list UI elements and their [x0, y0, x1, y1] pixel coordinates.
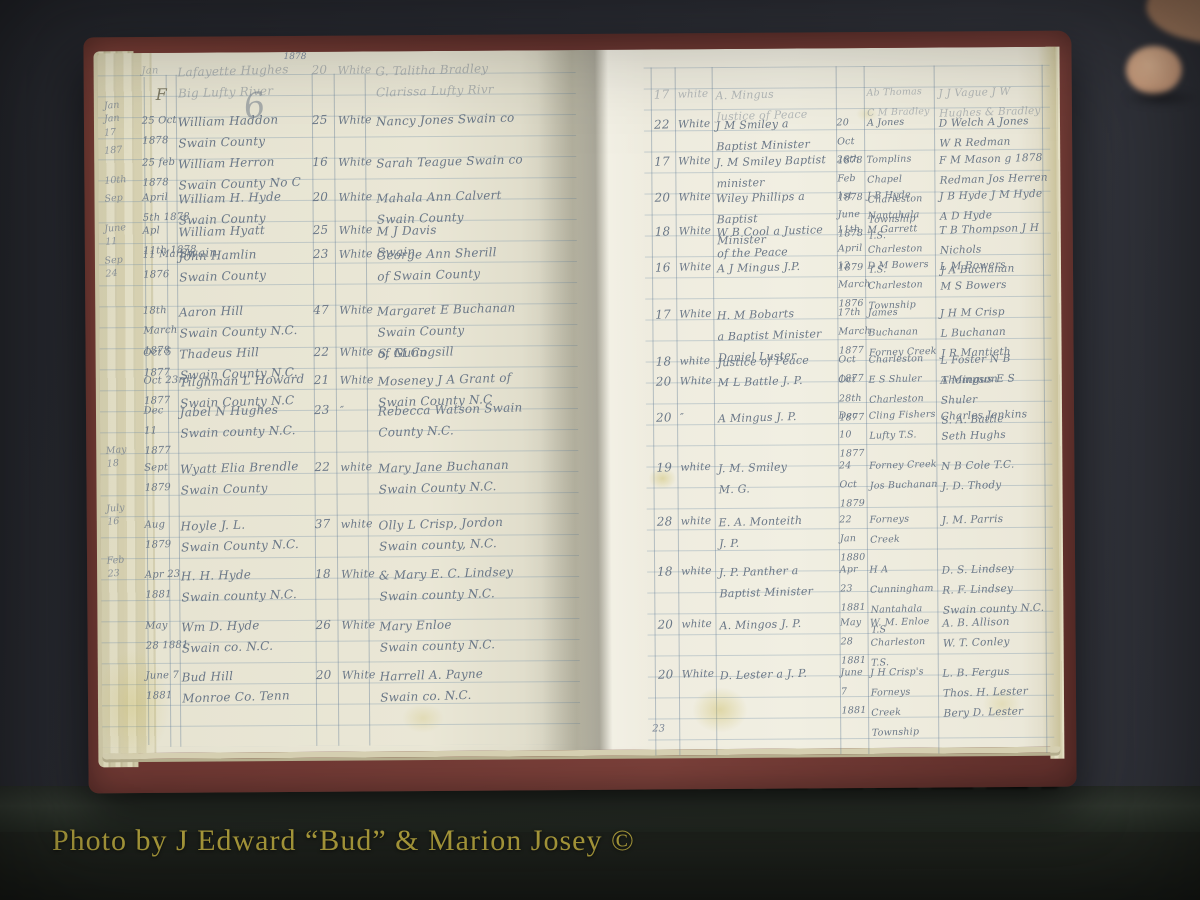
bride-name: Harrell A. Payne Swain co. N.C. — [379, 661, 576, 709]
groom-name: H. H. Hyde Swain county N.C. — [181, 562, 334, 608]
margin-date: June 11 — [104, 220, 148, 249]
groom-name: Jabel N Hughes Swain county N.C. — [179, 398, 332, 444]
race-entry: White — [339, 243, 374, 265]
margin-date: Sep 24 — [104, 252, 148, 281]
margin-date: Feb 23 — [106, 552, 150, 581]
groom-age: 18 — [315, 563, 340, 585]
groom-name: Bud Hill Monroe Co. Tenn — [181, 663, 334, 709]
witnesses: L M Bowers M S Bowers — [939, 253, 1052, 296]
groom-age: 20 — [316, 664, 341, 686]
officiant: A. Mingos J. P. — [719, 612, 838, 636]
groom-name: Wm D. Hyde Swain co. N.C. — [181, 613, 334, 659]
photo-credit-watermark: Photo by J Edward “Bud” & Marion Josey © — [52, 824, 635, 858]
page-stain — [692, 687, 748, 733]
margin-date: July 16 — [106, 500, 150, 529]
race-entry: white — [680, 511, 717, 533]
groom-age: 26 — [315, 614, 340, 636]
race-entry: White — [678, 114, 715, 136]
groom-age: 22 — [314, 456, 339, 478]
photo-of-marriage-register: F 6 1878 23 Jan Jan 17 187 10th Sep June… — [0, 0, 1200, 900]
race-entry: White — [339, 369, 374, 391]
race-entry: White — [338, 151, 373, 173]
officiant: A J Mingus J.P. — [717, 255, 836, 279]
license-date: 24 Oct 1879 — [839, 456, 871, 514]
bride-age: 19 — [656, 457, 679, 479]
groom-name: Aaron Hill Swain County N.C. — [179, 298, 332, 344]
bride-name: G. Talitha Bradley Clarissa Lufty Rivr — [375, 56, 572, 104]
race-entry: White — [682, 664, 719, 686]
bondsman-place: J H Crisp's Forneys Creek Township — [870, 662, 940, 744]
race-entry: white — [681, 614, 718, 636]
groom-age: 25 — [312, 109, 337, 131]
license-date: Apr 23 1881 — [839, 560, 871, 618]
bondsman-place: Forneys Creek — [869, 509, 938, 551]
officiant: E. A. Monteith J. P. — [718, 509, 837, 554]
race-entry: White — [678, 151, 715, 173]
officiant: M L Battle J. P. — [718, 369, 837, 393]
bride-age: 20 — [656, 407, 679, 429]
groom-age: 21 — [313, 369, 338, 391]
bride-age: 28 — [656, 511, 679, 533]
bride-name: George Ann Sherill of Swain County — [376, 240, 573, 288]
race-entry: white — [677, 84, 714, 106]
race-entry: White — [341, 614, 376, 636]
bride-age: 17 — [654, 151, 677, 173]
witnesses: Charles Jenkins Seth Hughs — [941, 403, 1054, 446]
officiant: J. M. Smiley M. G. — [718, 455, 837, 500]
register-book: F 6 1878 23 Jan Jan 17 187 10th Sep June… — [83, 31, 1076, 794]
bride-name: Rebecca Watson Swain County N.C. — [377, 396, 574, 444]
race-entry: White — [338, 186, 373, 208]
bondsman-place: Charleston — [868, 349, 937, 371]
groom-age: 23 — [313, 243, 338, 265]
groom-name: John Hamlin Swain County — [178, 242, 331, 288]
race-entry: ″ — [680, 407, 717, 429]
officiant: D. Lester a J. P. — [720, 662, 839, 686]
bride-age: 17 — [655, 304, 678, 326]
bride-age: 17 — [653, 84, 676, 106]
license-date: June 7 1881 — [840, 663, 872, 721]
bondsman-place: Cling Fishers Lufty T.S. — [869, 405, 938, 447]
groom-age: 20 — [311, 59, 336, 81]
race-entry: white — [340, 513, 375, 535]
margin-date: May 18 — [105, 442, 149, 471]
bride-name: & Mary E. C. Lindsey Swain county N.C. — [379, 560, 576, 608]
groom-age: 25 — [312, 219, 337, 241]
bondsman-place: A Jones — [867, 112, 936, 134]
race-entry: white — [679, 351, 716, 373]
officiant: J. P. Panther a Baptist Minister — [719, 559, 838, 604]
race-entry: ″ — [340, 399, 375, 421]
index-tab-letter: F — [156, 85, 167, 104]
bride-age: 18 — [657, 561, 680, 583]
race-entry: White — [342, 664, 377, 686]
race-entry: White — [338, 109, 373, 131]
race-entry: white — [680, 457, 717, 479]
bride-name: Olly L Crisp, Jordon Swain county, N.C. — [378, 510, 575, 558]
race-entry: white — [340, 456, 375, 478]
groom-age: 20 — [312, 186, 337, 208]
groom-name: William Haddon Swain County — [177, 108, 330, 154]
race-entry: White — [679, 257, 716, 279]
bride-name: Mary Enloe Swain county N.C. — [379, 611, 576, 659]
bride-age: 20 — [655, 371, 678, 393]
bride-age: 20 — [658, 664, 681, 686]
open-pages: F 6 1878 23 Jan Jan 17 187 10th Sep June… — [97, 47, 1060, 760]
witnesses: N B Cole T.C. J. D. Thody — [941, 453, 1054, 496]
race-entry: white — [681, 561, 718, 583]
race-entry: White — [337, 59, 372, 81]
bride-age: 18 — [655, 351, 678, 373]
groom-age: 23 — [314, 399, 339, 421]
finger-shadow — [1122, 90, 1200, 106]
groom-age: 22 — [313, 341, 338, 363]
groom-name: Lafayette Hughes Big Lufty River — [177, 58, 330, 104]
race-entry: White — [338, 219, 373, 241]
race-entry: White — [339, 341, 374, 363]
finger-tip — [1126, 46, 1182, 94]
race-entry: White — [678, 221, 715, 243]
race-entry: White — [679, 371, 716, 393]
bride-age: 22 — [654, 114, 677, 136]
groom-age: 16 — [312, 151, 337, 173]
bride-age: 16 — [655, 257, 678, 279]
bondsman-place: Forney Creek Jos Buchanan — [869, 455, 938, 497]
bride-name: Mary Jane Buchanan Swain County N.C. — [378, 453, 575, 501]
race-entry: White — [341, 563, 376, 585]
groom-age: 37 — [314, 513, 339, 535]
race-entry: White — [679, 304, 716, 326]
race-entry: White — [339, 299, 374, 321]
groom-name: Wyatt Elia Brendle Swain County — [180, 455, 333, 501]
witnesses: L. B. Fergus Thos. H. Lester Bery D. Les… — [942, 660, 1056, 723]
witnesses: A. B. Allison W. T. Conley — [942, 610, 1055, 653]
bride-age: 18 — [654, 221, 677, 243]
bride-age: 20 — [657, 614, 680, 636]
groom-age: 47 — [313, 299, 338, 321]
bride-age: 20 — [654, 187, 677, 209]
groom-name: Hoyle J. L. Swain County N.C. — [180, 512, 333, 558]
race-entry: White — [678, 187, 715, 209]
witnesses: J. M. Parris — [941, 507, 1054, 530]
page-number: 23 — [652, 723, 665, 734]
officiant: A Mingus J. P. — [718, 405, 837, 429]
